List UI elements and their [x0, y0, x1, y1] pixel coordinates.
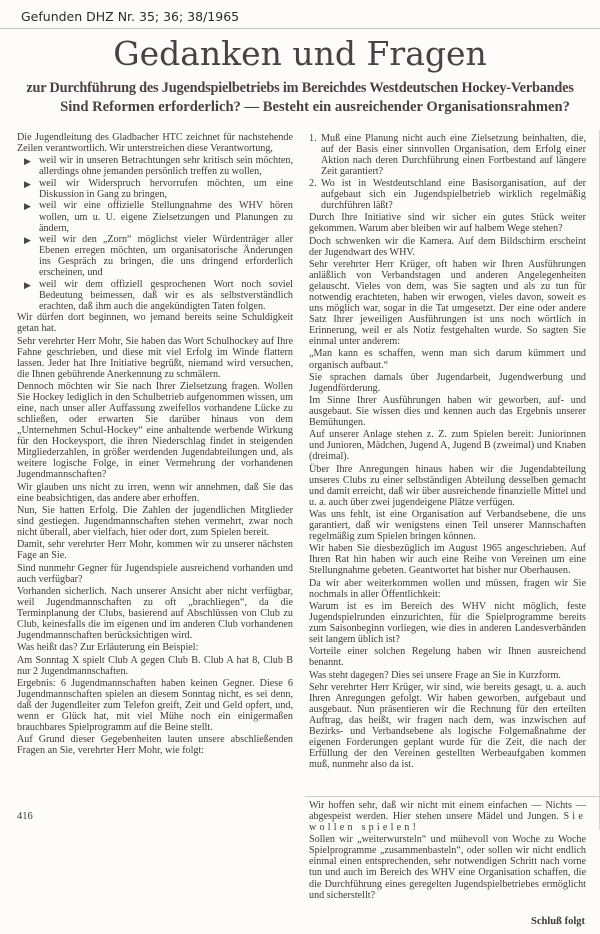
paragraph: Am Sonntag X spielt Club A gegen Club B.…: [17, 655, 293, 677]
section-divider: [305, 796, 600, 797]
source-tag: Gefunden DHZ Nr. 35; 36; 38/1965: [21, 9, 239, 24]
paragraph: Was steht dagegen? Dies sei unsere Frage…: [309, 670, 586, 681]
paragraph: Sind nunmehr Gegner für Jugendspiele aus…: [17, 563, 293, 585]
paragraph: Dennoch möchten wir Sie nach Ihrer Ziels…: [17, 381, 293, 480]
paragraph: Ergebnis: 6 Jugendmannschaften haben kei…: [17, 678, 293, 733]
triangle-arrow-icon: ▶: [24, 156, 31, 167]
paragraph: Was uns fehlt, ist eine Organisation auf…: [309, 509, 586, 542]
paragraph: Sehr verehrter Herr Krüger, wir sind, wi…: [309, 682, 586, 770]
numbered-question: 1.Muß eine Planung nicht auch eine Ziels…: [309, 133, 586, 177]
article-title: Gedanken und Fragen: [0, 34, 600, 73]
numbered-question: 2.Wo ist in Westdeutschland eine Basisor…: [309, 178, 586, 211]
paragraph: Doch schwenken wir die Kamera. Auf dem B…: [309, 236, 586, 258]
bullet-item: ▶weil wir Widerspruch hervorrufen möchte…: [17, 178, 293, 200]
paragraph: Über Ihre Anregungen hinaus haben wir di…: [309, 464, 586, 508]
triangle-arrow-icon: ▶: [24, 235, 31, 246]
closing-paragraph: Sollen wir „weiterwursteln“ und mühevoll…: [309, 834, 586, 900]
paragraph: Auf Grund dieser Gegebenheiten lauten un…: [17, 734, 293, 756]
bullet-item: ▶weil wir in unseren Betrachtungen sehr …: [17, 155, 293, 177]
triangle-arrow-icon: ▶: [24, 201, 31, 212]
paragraph: Da wir aber weiterkommen wollen und müss…: [309, 578, 586, 600]
paragraph: Im Sinne Ihrer Ausführungen haben wir ge…: [309, 395, 586, 428]
paragraph: Damit, sehr verehrter Herr Mohr, kommen …: [17, 539, 293, 561]
header-divider: [0, 28, 600, 29]
quote-paragraph: „Man kann es schaffen, wenn man sich dar…: [309, 348, 586, 370]
closing-paragraph: Wir hoffen sehr, daß wir nicht mit einem…: [309, 800, 586, 833]
continued-note: Schluß folgt: [0, 916, 585, 927]
bullet-item: ▶weil wir eine offizielle Stellungnahme …: [17, 200, 293, 233]
paragraph: Sehr verehrter Herr Mohr, Sie haben das …: [17, 336, 293, 380]
closing-section: Wir hoffen sehr, daß wir nicht mit einem…: [309, 800, 586, 902]
paragraph: Wir haben Sie diesbezüglich im August 19…: [309, 543, 586, 576]
bullet-item: ▶weil wir den „Zorn“ möglichst vieler Wü…: [17, 234, 293, 278]
article-subtitle-line2: Sind Reformen erforderlich? — Besteht ei…: [0, 99, 600, 116]
left-column: Die Jugendleitung des Gladbacher HTC zei…: [17, 132, 293, 758]
intro-paragraph: Die Jugendleitung des Gladbacher HTC zei…: [17, 132, 293, 154]
paragraph: Wir dürfen dort beginnen, wo jemand bere…: [17, 312, 293, 334]
article-subtitle-line1: zur Durchführung des Jugendspielbetriebs…: [0, 80, 600, 97]
bullet-item: ▶weil wir dem offiziell gesprochenen Wor…: [17, 279, 293, 312]
paragraph: Vorhanden sicherlich. Nach unserer Ansic…: [17, 586, 293, 641]
paragraph: Warum ist es im Bereich des WHV nicht mö…: [309, 601, 586, 645]
paragraph: Durch Ihre Initiative sind wir sicher ei…: [309, 212, 586, 234]
paragraph: Auf unserer Anlage stehen z. Z. zum Spie…: [309, 429, 586, 462]
paragraph: Was heißt das? Zur Erläuterung ein Beisp…: [17, 642, 293, 653]
paragraph: Vorteile einer solchen Regelung haben wi…: [309, 646, 586, 668]
paragraph: Nun, Sie hatten Erfolg. Die Zahlen der j…: [17, 505, 293, 538]
page-number: 416: [17, 811, 33, 822]
paragraph: Sehr verehrter Herr Krüger, oft haben wi…: [309, 259, 586, 347]
right-column: 1.Muß eine Planung nicht auch eine Ziels…: [309, 133, 586, 771]
triangle-arrow-icon: ▶: [24, 179, 31, 190]
paragraph: Sie sprachen damals über Jugendarbeit, J…: [309, 372, 586, 394]
triangle-arrow-icon: ▶: [24, 280, 31, 291]
paragraph: Wir glauben uns nicht zu irren, wenn wir…: [17, 482, 293, 504]
